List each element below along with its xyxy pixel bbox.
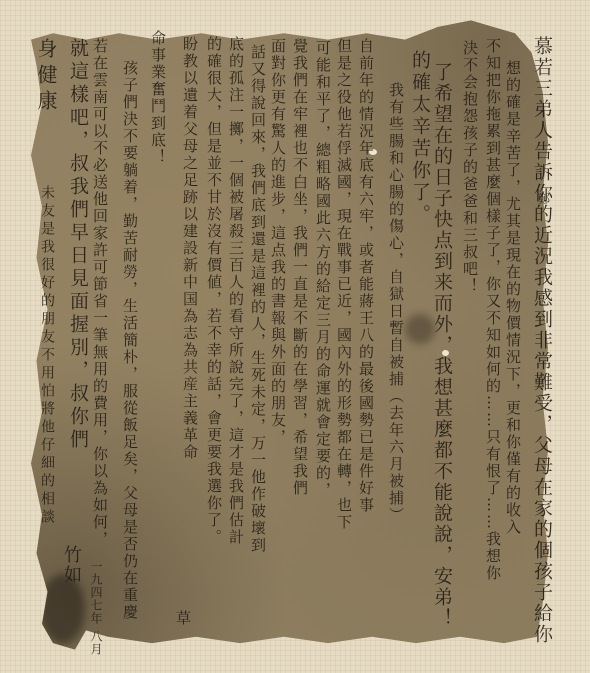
margin-note: 鄭	[538, 190, 550, 207]
letter-column: 決不会抱怨孩子的爸爸和三叔吧！	[462, 40, 477, 295]
letter-column: 不知把你拖累到甚麼個樣子了，你又不知如何的……只有恨了……我想你	[485, 38, 500, 582]
letter-column: 身健康	[36, 38, 56, 116]
letter-column: 但是之役他若俘滅國，現在戰事已近，國內外的形勢都在轉，也下	[336, 38, 351, 531]
letter-column: 未友是我很好的朋友不用怕將他仔細的相談	[40, 185, 54, 527]
letter-column: 我有些腸和心腸的傷心，自獄日暫自被捕（去年六月被捕）	[388, 82, 403, 524]
letter-column: 覺我們在牢裡也不白坐，我們一直是不斷的在學習，希望我們	[292, 38, 307, 497]
letter-column: 自前年的情況年底有六牢，或者能蔣王八的最後國勢已是件好事	[358, 38, 373, 514]
signature-name: 竹如	[62, 545, 80, 585]
letter-column: 慕若三弟人告訴你的近況我感到非常難受，父母在家的個孩子給你	[532, 36, 551, 645]
letter-column: 若在雲南可以不必送他回家許可節省一筆無用的費用，你以為如何，	[92, 38, 107, 548]
letter-column: 孩子們決不要躺着，勤苦耐勞，生活簡朴，服從飯足矣，父母是否仍在重慶	[122, 60, 137, 621]
letter-column: 的確很大，但是並不甘於沒有價値，若不幸的話，會更要我選你了。	[206, 36, 221, 546]
letter-column: 就這樣吧，叔我們早日見面握別，叔你們	[68, 38, 87, 452]
letter-column: 了希望在的日子快点到来而外，我想甚麼都不能說說，安弟！	[432, 62, 451, 629]
letter-column: 可能和平了，總粗略國此六方的給定三月的命運就會定要的，	[315, 40, 330, 499]
letter-column: 想的確是辛苦了，尤其是現在的物價情況下，更和你僅有的收入	[505, 60, 520, 536]
letter-column: 命事業奮鬥到底！	[150, 30, 165, 166]
signature-closing: 草	[175, 610, 190, 627]
signature-date: 一九四七年 八月	[90, 560, 102, 656]
letter-column: 盼教以遺着父母之足跡以建設新中国為志為共産主義革命	[182, 36, 197, 461]
letter-column: 的確太辛苦你了。	[410, 50, 429, 226]
letter-column: 面對你更有驚人的進步，這点我的書報與外面的朋友，	[270, 38, 285, 446]
letter-column: 底的孤注一擲，一個被屠殺三百人的看守所說完了，這才是我們估計	[228, 36, 243, 546]
letter-column: 話又得說回來，我們底到還是這裡的人，生死未定，万一他作破壞到	[250, 44, 265, 554]
